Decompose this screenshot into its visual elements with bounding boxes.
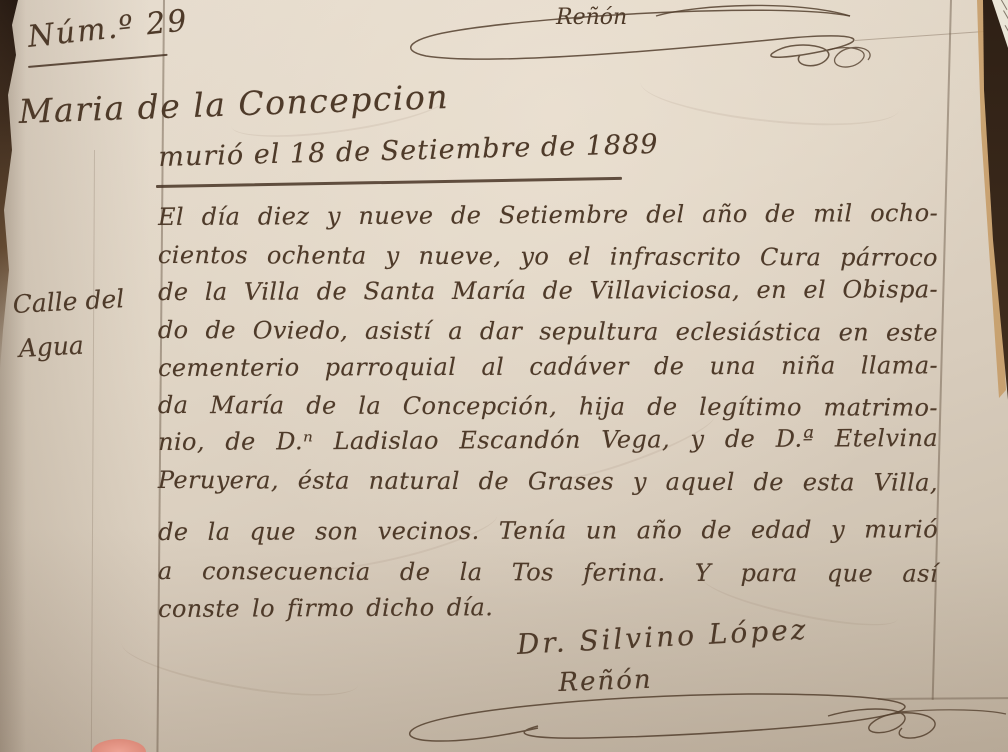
body-line: de la Villa de Santa María de Villavicio… [158,275,938,306]
left-edge-shadow [0,0,26,752]
body-line: nio, de D.ⁿ Ladislao Escandón Vega, y de… [158,424,938,456]
adjacent-page-writing [1003,10,1008,23]
body-line: cementerio parroquial al cadáver de una … [158,351,938,382]
death-date-heading: murió el 18 de Setiembre de 1889 [158,129,659,173]
body-line: Peruyera, ésta natural de Grases y aquel… [158,466,938,497]
fingertip [92,739,146,752]
bleedthrough-stroke [118,620,363,709]
record-number-underline [28,54,168,68]
body-line: da María de la Concepción, hija de legít… [158,391,938,422]
body-line: a consecuencia de la Tos ferina. Y para … [158,557,938,588]
death-date-underline [156,177,622,188]
ruled-line-left-faint [91,150,95,752]
top-rubric-flourish: Reñón [398,0,884,80]
adjacent-page-writing [1005,25,1008,36]
top-rubric-text: Reñón [555,5,627,30]
record-number: Núm.º 29 [26,3,190,55]
manuscript-page-photo: Núm.º 29 Reñón Maria de la Concepcion mu… [0,0,1008,752]
body-line: El día diez y nueve de Setiembre del año… [158,199,938,231]
body-line: cientos ochenta y nueve, yo el infrascri… [158,241,938,272]
body-line: de la que son vecinos. Tenía un año de e… [158,515,938,546]
body-line: do de Oviedo, asistí a dar sepultura ecl… [158,316,938,347]
adjacent-page-writing [1001,0,1008,10]
margin-street-line: Calle del [12,284,125,319]
body-line: conste lo firmo dicho día. [158,591,938,623]
signature-rubric-flourish [388,686,1008,752]
margin-street-line: Agua [18,331,85,363]
